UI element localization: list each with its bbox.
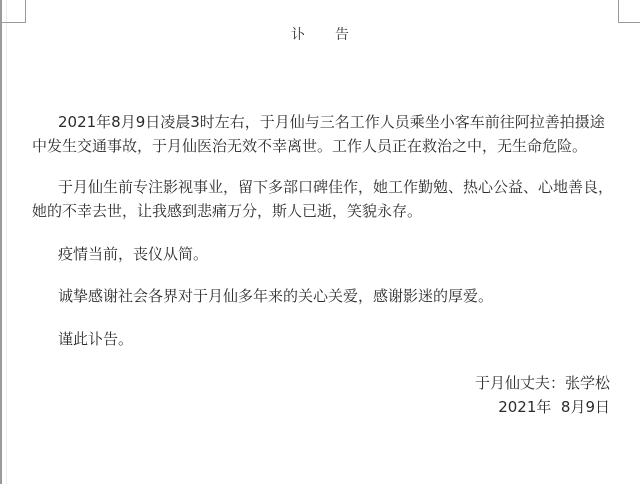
signature-date: 2021年 8月9日 bbox=[475, 395, 610, 419]
title-char-1: 讣 bbox=[291, 27, 305, 43]
page-margin-line bbox=[6, 0, 7, 484]
paragraph-closing: 谨此讣告。 bbox=[32, 328, 614, 352]
page-corner-mark-left bbox=[0, 0, 26, 23]
page-edge-line bbox=[0, 0, 2, 484]
paragraph-thanks: 诚挚感谢社会各界对于月仙多年来的关心关爱，感谢影迷的厚爱。 bbox=[32, 285, 614, 309]
paragraph-accident: 2021年8月9日凌晨3时左右，于月仙与三名工作人员乘坐小客车前往阿拉善拍摄途中… bbox=[32, 111, 614, 158]
document-title: 讣告 bbox=[0, 24, 640, 44]
paragraph-tribute: 于月仙生前专注影视事业，留下多部口碑佳作，她工作勤勉、热心公益、心地善良，她的不… bbox=[32, 176, 614, 223]
signer-name: 于月仙丈夫：张学松 bbox=[475, 371, 610, 395]
signature-block: 于月仙丈夫：张学松 2021年 8月9日 bbox=[475, 371, 610, 419]
page-corner-mark-right bbox=[618, 0, 640, 23]
title-char-2: 告 bbox=[335, 27, 349, 43]
paragraph-funeral: 疫情当前，丧仪从简。 bbox=[32, 243, 614, 267]
